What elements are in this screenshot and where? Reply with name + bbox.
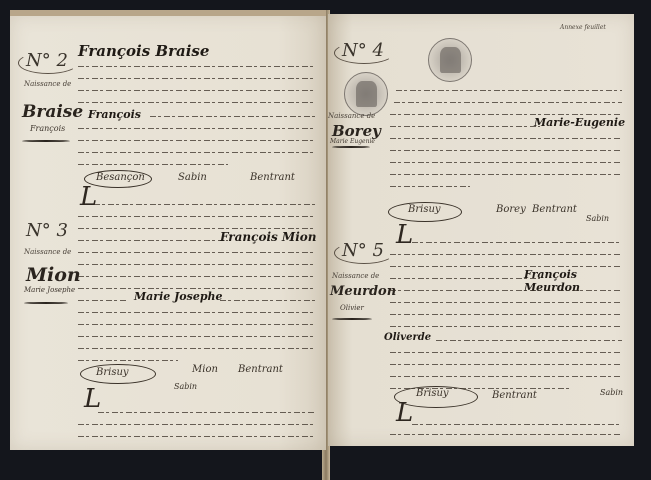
text-line <box>78 436 316 437</box>
margin-surname: Meurdon <box>330 284 396 299</box>
text-line <box>396 90 622 91</box>
text-line <box>78 424 316 425</box>
margin-label: Naissance de <box>24 248 71 256</box>
text-line <box>412 242 622 243</box>
signature: Sabin <box>174 382 197 391</box>
text-line <box>94 204 316 205</box>
text-line <box>412 424 622 425</box>
margin-surname: Mion <box>26 264 81 286</box>
text-line <box>78 300 128 301</box>
text-line <box>390 254 622 255</box>
text-line <box>78 312 316 313</box>
text-line <box>390 364 622 365</box>
text-line <box>390 352 622 353</box>
signature: Bentrant <box>238 364 283 375</box>
tax-stamp-left <box>344 72 388 116</box>
page-top-edge <box>10 10 326 16</box>
text-line <box>390 266 622 267</box>
margin-given-name: Marie Josephe <box>24 286 75 294</box>
drop-cap: L <box>80 182 97 212</box>
margin-flourish <box>24 302 68 304</box>
drop-cap: L <box>396 220 413 250</box>
text-line <box>78 78 316 79</box>
text-line <box>78 128 316 129</box>
text-line <box>78 276 316 277</box>
child-name: Marie-Eugenie <box>534 116 625 129</box>
margin-flourish <box>22 140 70 142</box>
child-name: François <box>88 108 141 121</box>
right-page: Annexe feuillet N° 4 Naissance de Borey … <box>328 14 634 446</box>
signature: Besançon <box>96 172 145 183</box>
margin-label: Naissance de <box>24 80 71 88</box>
text-line <box>78 140 316 141</box>
text-line <box>390 126 540 127</box>
signature: Brisuy <box>416 388 449 399</box>
text-line <box>390 434 622 435</box>
text-line <box>78 360 178 361</box>
signature: Mion <box>192 364 218 375</box>
signature: Sabin <box>586 214 609 223</box>
text-line <box>390 174 622 175</box>
text-line <box>78 348 316 349</box>
text-line <box>390 376 622 377</box>
text-line <box>98 412 316 413</box>
text-line <box>78 288 316 289</box>
text-line <box>390 186 470 187</box>
text-line <box>78 264 316 265</box>
signature: Borey <box>496 204 526 215</box>
body-name: François Braise <box>78 42 209 60</box>
tax-stamp-top <box>428 38 472 82</box>
text-line <box>78 240 228 241</box>
signature: Bentrant <box>492 390 537 401</box>
text-line <box>390 290 622 291</box>
text-line <box>390 302 622 303</box>
corner-annotation: Annexe feuillet <box>560 24 606 31</box>
margin-label: Naissance de <box>328 112 375 120</box>
text-line <box>78 152 316 153</box>
text-line <box>78 66 316 67</box>
signature: Brisuy <box>96 367 129 378</box>
child-name: Marie Josephe <box>134 290 223 303</box>
text-line <box>220 300 316 301</box>
signature: Bentrant <box>250 172 295 183</box>
left-page: N° 2 Naissance de Braise François Franço… <box>10 14 326 450</box>
text-line <box>78 336 316 337</box>
text-line <box>390 138 622 139</box>
text-line <box>78 102 316 103</box>
entry-number: N° 4 <box>342 40 384 61</box>
margin-flourish <box>332 146 370 148</box>
body-name: François Mion <box>220 230 317 244</box>
text-line <box>78 324 316 325</box>
entry-number: N° 3 <box>26 220 68 241</box>
text-line <box>390 162 622 163</box>
margin-given-name: Olivier <box>340 304 364 312</box>
text-line <box>78 252 316 253</box>
signature: Sabin <box>178 172 207 183</box>
margin-label: Naissance de <box>332 272 379 280</box>
margin-given-name: Marie Eugenie <box>330 138 375 145</box>
child-name: Oliverde <box>384 332 431 343</box>
text-line <box>436 340 622 341</box>
text-line <box>390 278 540 279</box>
margin-given-name: François <box>30 124 65 133</box>
text-line <box>150 116 316 117</box>
entry-number: N° 5 <box>342 240 384 261</box>
signature: Bentrant <box>532 204 577 215</box>
margin-flourish <box>332 318 372 320</box>
text-line <box>78 216 316 217</box>
drop-cap: L <box>396 398 413 428</box>
entry-number: N° 2 <box>26 50 68 71</box>
text-line <box>390 314 622 315</box>
text-line <box>390 326 622 327</box>
signature: Sabin <box>600 388 623 397</box>
drop-cap: L <box>84 384 101 414</box>
text-line <box>390 150 622 151</box>
margin-surname: Braise <box>22 102 83 122</box>
text-line <box>390 114 622 115</box>
text-line <box>78 228 316 229</box>
signature: Brisuy <box>408 204 441 215</box>
text-line <box>78 90 316 91</box>
text-line <box>394 102 622 103</box>
text-line <box>78 164 228 165</box>
